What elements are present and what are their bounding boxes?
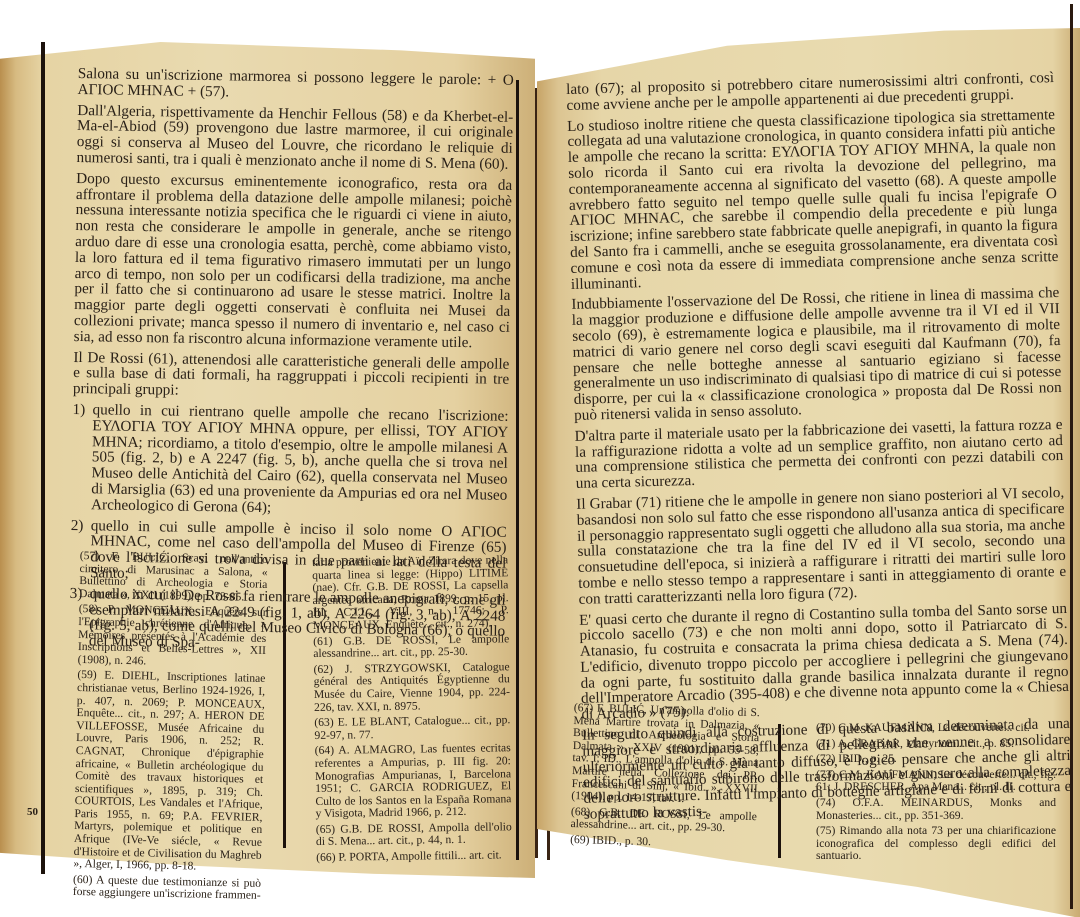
left-page-margin-rule (41, 42, 45, 874)
footnote: taria proveniente da Aïn Zirara dove nel… (312, 554, 509, 632)
footnote: (74) O.F.A. MEINARDUS, Monks and Monaste… (816, 797, 1056, 822)
right-footnotes-column-2: (70) C.M. KAUFMANN, La découverte... cit… (816, 722, 1056, 866)
left-footnotes-column-1: (57) F. BULIĆ, Scavi nell'antico cimiter… (73, 550, 268, 906)
paragraph: Il De Rossi (61), attenendosi alle carat… (73, 350, 510, 404)
footnote: (68) G.B. DE ROSSI, Le ampolle alessandr… (570, 806, 757, 836)
footnote: (63) E. LE BLANT, Catalogue... cit., pp.… (314, 714, 510, 742)
open-book: 50 Salona su un'iscrizione marmorea si p… (0, 0, 1080, 917)
footnote: (59) E. DIEHL, Inscriptiones latinae chr… (73, 669, 265, 874)
footnote: (65) G.B. DE ROSSI, Ampolla dell'olio di… (316, 821, 512, 849)
paragraph: Indubbiamente l'osservazione del De Ross… (571, 285, 1062, 423)
footnote: (75) Rimando alla nota 73 per una chiari… (816, 825, 1056, 863)
paragraph: Il Grabar (71) ritiene che le ampolle in… (576, 485, 1067, 607)
footnote: (57) F. BULIĆ, Scavi nell'antico cimiter… (79, 550, 268, 604)
right-footnotes-column-1: (67) F. BULIĆ, Un'ampolla d'olio di S. M… (570, 702, 760, 855)
paragraph: Lo studioso inoltre ritiene che questa c… (567, 107, 1059, 293)
paragraph: D'altra parte il materiale usato per la … (574, 417, 1063, 492)
footnote: (60) A queste due testimonianze si può f… (73, 874, 261, 903)
footnote: (69) IBID., p. 30. (570, 834, 756, 852)
footnote: (73) C.M. KAUFMANN, La découverte... cit… (816, 769, 1056, 794)
footnote: (71) A. GRABAR, Martyrium... cit., p. 85… (816, 738, 1056, 751)
footnote: (70) C.M. KAUFMANN, La découverte... cit… (816, 722, 1056, 735)
footnote: (67) F. BULIĆ, Un'ampolla d'olio di S. M… (571, 702, 760, 808)
paragraph: Salona su un'iscrizione marmorea si poss… (78, 66, 514, 104)
footnote: (58) P. MONCEAUX, Enquête sur l'Epigraph… (78, 603, 267, 670)
footnote: (64) A. ALMAGRO, Las fuentes ecritas ref… (315, 743, 512, 821)
footnote: (66) P. PORTA, Ampolle fittili... art. c… (316, 849, 512, 864)
footnote: (61) G.B. DE ROSSI, Le ampolle alessandr… (313, 633, 509, 661)
footnote: (62) J. STRZYGOWSKI, Catalogue général d… (313, 661, 510, 714)
left-page-gutter-rule (516, 80, 519, 860)
left-footnotes-column-2: taria proveniente da Aïn Zirara dove nel… (312, 554, 512, 867)
footnote: (72) IBID., p. 25. (816, 753, 1056, 766)
page-number: 50 (27, 806, 38, 818)
list-item: 1)quello in cui rientrano quelle ampolle… (71, 402, 509, 519)
paragraph: Dall'Algeria, rispettivamente da Henchir… (76, 103, 513, 173)
paragraph: Dopo questo excursus eminentemente icono… (74, 171, 513, 352)
